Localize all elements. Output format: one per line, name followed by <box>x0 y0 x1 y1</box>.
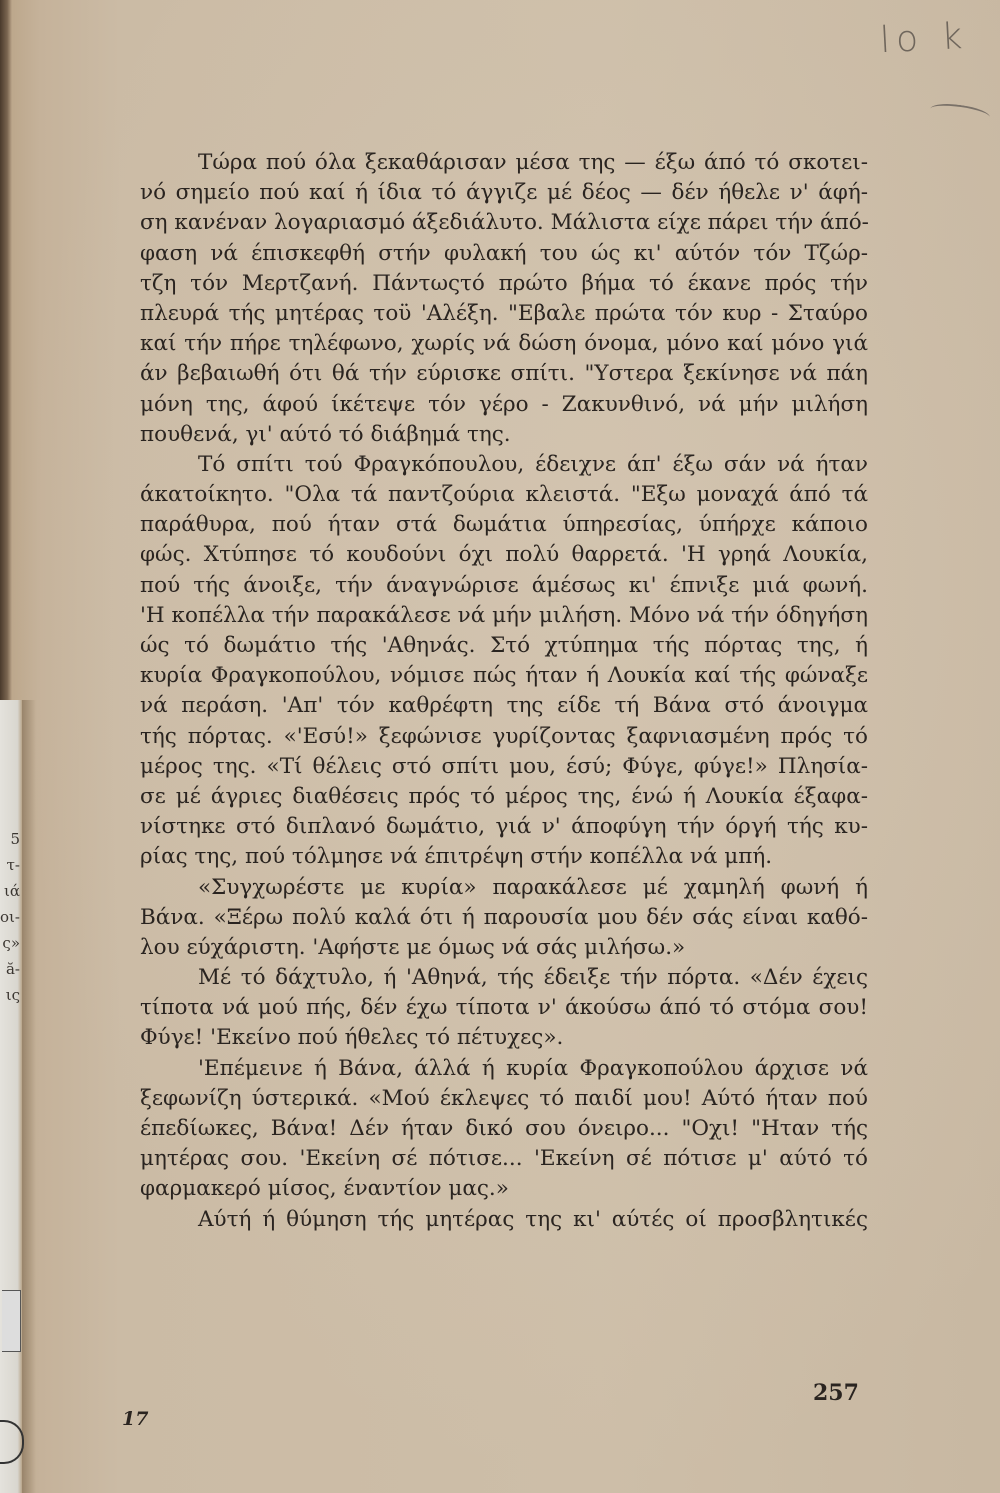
text-line: νίστηκε στό διπλανό δωμάτιο, γιά ν' άποφ… <box>140 812 868 842</box>
text-line: Φύγε! 'Εκείνο πού ήθελες τό πέτυχες». <box>140 1023 868 1053</box>
spine-shadow <box>22 700 36 1493</box>
text-line: Τό σπίτι τού Φραγκόπουλου, έδειχνε άπ' έ… <box>140 450 868 480</box>
text-line: άκατοίκητο. "Ολα τά παντζούρια κλειστά. … <box>140 480 868 510</box>
text-line: μέρος της. «Τί θέλεις στό σπίτι μου, έσύ… <box>140 752 868 782</box>
text-line: φαρμακερό μίσος, έναντίον μας.» <box>140 1174 868 1204</box>
text-line: πλευρά τής μητέρας τοϋ 'Αλέξη. "Εβαλε πρ… <box>140 299 868 329</box>
text-line: τζη τόν Μερτζανή. Πάντωςτό πρώτο βήμα τό… <box>140 269 868 299</box>
text-line: σε μέ άγριες διαθέσεις πρός τό μέρος της… <box>140 782 868 812</box>
text-line: ξεφωνίζη ύστερικά. «Μού έκλεψες τό παιδί… <box>140 1084 868 1114</box>
text-line: τίποτα νά μού πής, δέν έχω τίποτα ν' άκο… <box>140 993 868 1023</box>
adjacent-fragment: ς» <box>0 930 20 956</box>
text-line: ρίας της, πού τόλμησε νά έπιτρέψη στήν κ… <box>140 842 868 872</box>
text-line: Μέ τό δάχτυλο, ή 'Αθηνά, τής έδειξε τήν … <box>140 963 868 993</box>
book-edge-shadow <box>0 0 12 720</box>
text-line: έπεδίωκες, Βάνα! Δέν ήταν δικό σου όνειρ… <box>140 1114 868 1144</box>
adjacent-fragment: ις <box>0 982 20 1008</box>
text-line: νά περάση. 'Απ' τόν καθρέφτη της είδε τή… <box>140 691 868 721</box>
text-line: 'Επέμεινε ή Βάνα, άλλά ή κυρία Φραγκοπού… <box>140 1054 868 1084</box>
text-line: πού τής άνοιξε, τήν άναγνώρισε άμέσως κι… <box>140 571 868 601</box>
adjacent-fragment: τ- <box>0 852 20 878</box>
adjacent-page-text: 5 τ- ιά οι- ς» ă- ις <box>0 826 20 1008</box>
text-line: παράθυρα, πού ήταν στά δωμάτια ύπηρεσίας… <box>140 510 868 540</box>
text-line: ση κανέναν λογαριασμό άξεδιάλυτο. Μάλιστ… <box>140 208 868 238</box>
text-line: Τώρα πού όλα ξεκαθάρισαν μέσα της — έξω … <box>140 148 868 178</box>
text-line: «Συγχωρέστε με κυρία» παρακάλεσε μέ χαμη… <box>140 873 868 903</box>
adjacent-fragment: ă- <box>0 956 20 982</box>
adjacent-page-logo-icon <box>2 1290 21 1352</box>
adjacent-page-strip <box>0 700 22 1493</box>
text-line: φαση νά έπισκεφθή στήν φυλακή του ώς κι'… <box>140 239 868 269</box>
text-line: ώς τό δωμάτιο τής 'Αθηνάς. Στό χτύπημα τ… <box>140 631 868 661</box>
text-line: καί τήν πήρε τηλέφωνο, χωρίς νά δώση όνο… <box>140 329 868 359</box>
text-line: Βάνα. «Ξέρω πολύ καλά ότι ή παρουσία μου… <box>140 903 868 933</box>
page-number: 257 <box>813 1380 859 1406</box>
adjacent-fragment: ιά <box>0 878 20 904</box>
adjacent-fragment: 5 <box>0 826 20 852</box>
adjacent-fragment: οι- <box>0 904 20 930</box>
text-line: φώς. Χτύπησε τό κουδούνι όχι πολύ θαρρετ… <box>140 540 868 570</box>
text-line: μόνη της, άφού ίκέτεψε τόν γέρο - Ζακυνθ… <box>140 390 868 420</box>
text-line: νό σημείο πού καί ή ίδια τό άγγιζε μέ δέ… <box>140 178 868 208</box>
handwritten-annotation: lo k <box>879 16 969 62</box>
text-line: πουθενά, γι' αύτό τό διάβημά της. <box>140 420 868 450</box>
text-line: Αύτή ή θύμηση τής μητέρας της κι' αύτές … <box>140 1205 868 1235</box>
text-line: 'Η κοπέλλα τήν παρακάλεσε νά μήν μιλήση.… <box>140 601 868 631</box>
body-text: Τώρα πού όλα ξεκαθάρισαν μέσα της — έξω … <box>140 148 868 1235</box>
text-line: κυρία Φραγκοπούλου, νόμισε πώς ήταν ή Λο… <box>140 661 868 691</box>
text-line: μητέρας σου. 'Εκείνη σέ πότισε... 'Εκείν… <box>140 1144 868 1174</box>
text-line: λου εύχάριστη. 'Αφήστε με όμως νά σάς μι… <box>140 933 868 963</box>
text-line: τής πόρτας. «'Εσύ!» ξεφώνισε γυρίζοντας … <box>140 722 868 752</box>
signature-mark: 17 <box>122 1408 148 1430</box>
text-line: άν βεβαιωθή ότι θά τήν εύρισκε σπίτι. "Υ… <box>140 359 868 389</box>
